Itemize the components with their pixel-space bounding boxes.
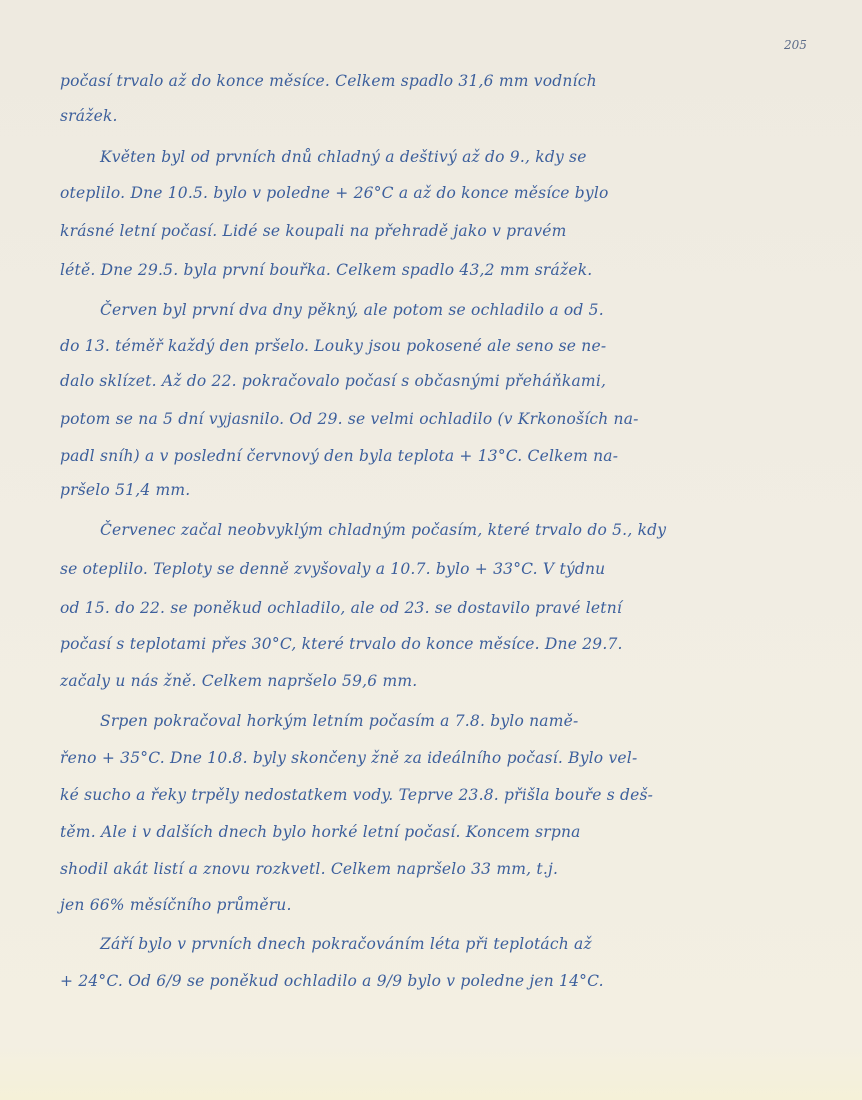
text-line: řeno + 35°C. Dne 10.8. byly skončeny žně… (60, 749, 820, 767)
text-line: krásné letní počasí. Lidé se koupali na … (60, 222, 820, 240)
page-number: 205 (784, 38, 807, 52)
text-line: + 24°C. Od 6/9 se poněkud ochladilo a 9/… (60, 972, 820, 990)
text-line: těm. Ale i v dalších dnech bylo horké le… (60, 823, 820, 841)
text-line: počasí s teplotami přes 30°C, které trva… (60, 635, 820, 653)
paragraph-august-start: Srpen pokračoval horkým letním počasím a… (100, 712, 860, 730)
text-line: pršelo 51,4 mm. (60, 481, 820, 499)
text-line: padl sníh) a v poslední červnový den byl… (60, 447, 820, 465)
text-line: od 15. do 22. se poněkud ochladilo, ale … (60, 599, 820, 617)
text-line: srážek. (60, 107, 820, 125)
paragraph-may-start: Květen byl od prvních dnů chladný a dešt… (100, 148, 860, 166)
text-line: do 13. téměř každý den pršelo. Louky jso… (60, 337, 820, 355)
text-line: shodil akát listí a znovu rozkvetl. Celk… (60, 860, 820, 878)
handwritten-chronicle-page: 205 počasí trvalo až do konce měsíce. Ce… (0, 0, 862, 1100)
text-line: jen 66% měsíčního průměru. (60, 896, 820, 914)
paragraph-july-start: Červenec začal neobvyklým chladným počas… (100, 521, 860, 539)
text-line: oteplilo. Dne 10.5. bylo v poledne + 26°… (60, 184, 820, 202)
paragraph-june-start: Červen byl první dva dny pěkný, ale poto… (100, 301, 860, 319)
text-line: počasí trvalo až do konce měsíce. Celkem… (60, 72, 820, 90)
text-line: létě. Dne 29.5. byla první bouřka. Celke… (60, 261, 820, 279)
text-line: začaly u nás žně. Celkem napršelo 59,6 m… (60, 672, 820, 690)
text-line: dalo sklízet. Až do 22. pokračovalo poča… (60, 372, 820, 390)
text-line: ké sucho a řeky trpěly nedostatkem vody.… (60, 786, 820, 804)
text-line: se oteplilo. Teploty se denně zvyšovaly … (60, 560, 820, 578)
text-line: potom se na 5 dní vyjasnilo. Od 29. se v… (60, 410, 820, 428)
paragraph-september-start: Září bylo v prvních dnech pokračováním l… (100, 935, 860, 953)
